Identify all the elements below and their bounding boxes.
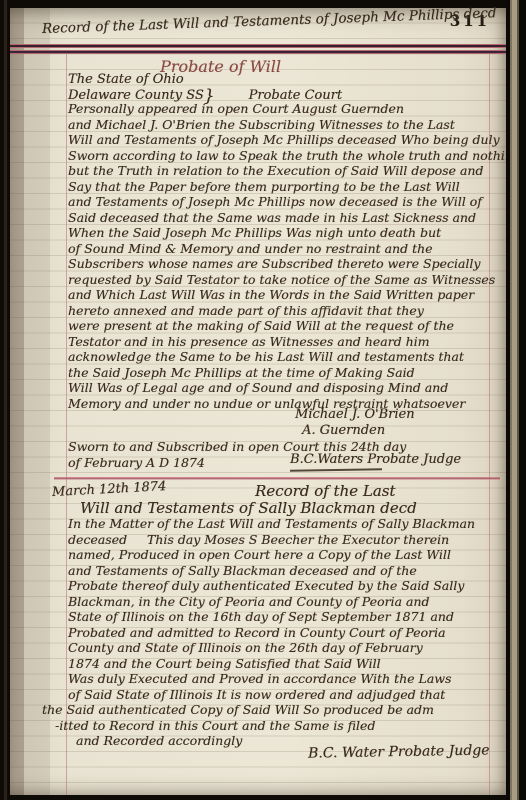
manuscript-line: In the Matter of the Last Will and Testa… [68,516,506,532]
manuscript-line: State of Illinois on the 16th day of Sep… [68,609,506,625]
manuscript-line: Will and Testaments of Joseph Mc Phillip… [68,132,502,148]
judge-signature-water: B.C. Water Probate Judge [308,742,490,761]
manuscript-line: and Which Last Will Was in the Words in … [68,287,502,303]
witness-signature-guernden: A. Guernden [302,423,385,438]
manuscript-line: Sworn according to law to Speak the trut… [68,148,502,164]
manuscript-line: Will Was of Legal age and of Sound and d… [68,380,502,396]
ledger-page: 311 Record of the Last Will and Testamen… [10,8,506,795]
manuscript-line: Said deceased that the Same was made in … [68,210,502,226]
blackman-heading-line-2: Will and Testaments of Sally Blackman de… [80,499,417,517]
manuscript-line: Subscribers whose names are Subscribed t… [68,256,502,272]
judge-signature-waters: B.C.Waters Probate Judge [290,452,461,467]
attestation-line-2: of February A D 1874 [68,455,205,470]
manuscript-line: but the Truth in relation to the Executi… [68,163,502,179]
manuscript-line: Probated and admitted to Record in Count… [68,625,506,641]
book-scan: 311 Record of the Last Will and Testamen… [0,0,526,800]
manuscript-line: Memory and under no undue or unlawful re… [68,396,502,412]
state-of-ohio-line: The State of Ohio [68,72,184,87]
manuscript-line: Probate thereof duly authenticated Execu… [68,578,506,594]
manuscript-line: named, Produced in open Court here a Cop… [68,547,506,563]
book-page-edges [506,0,526,800]
manuscript-line: and Testaments of Sally Blackman decease… [68,563,506,579]
manuscript-line: Personally appeared in open Court August… [68,101,502,117]
manuscript-line: requested by Said Testator to take notic… [68,272,502,288]
manuscript-line: When the Said Joseph Mc Phillips Was nig… [68,225,502,241]
manuscript-line: of Said State of Illinois It is now orde… [68,687,506,703]
manuscript-line: 1874 and the Court being Satisfied that … [68,656,506,672]
page-header-title: Record of the Last Will and Testaments o… [42,5,497,37]
manuscript-line: Say that the Paper before them purportin… [68,179,502,195]
manuscript-line: acknowledge the Same to be his Last Will… [68,349,502,365]
manuscript-line: and Michael J. O'Brien the Subscribing W… [68,117,502,133]
probate-body-text: Personally appeared in open Court August… [68,101,502,411]
manuscript-line: hereto annexed and made part of this aff… [68,303,502,319]
manuscript-line: and Testaments of Joseph Mc Phillips now… [68,194,502,210]
manuscript-line: the Said Joseph Mc Phillips at the time … [68,365,502,381]
manuscript-line: Blackman, in the City of Peoria and Coun… [68,594,506,610]
manuscript-line: Was duly Executed and Proved in accordan… [68,671,506,687]
manuscript-line: of Sound Mind & Memory and under no rest… [68,241,502,257]
blackman-heading-line-1: Record of the Last [255,482,395,500]
signature-flourish-underline [290,468,382,471]
manuscript-line: deceased This day Moses S Beecher the Ex… [68,532,506,548]
blackman-body-text: In the Matter of the Last Will and Testa… [68,516,506,749]
manuscript-line: -itted to Record in this Court and the S… [55,718,506,734]
manuscript-line: Testator and in his presence as Witnesse… [68,334,502,350]
manuscript-line: were present at the making of Said Will … [68,318,502,334]
manuscript-line: the Said authenticated Copy of Said Will… [42,702,506,718]
left-margin-rule [66,54,67,795]
header-double-rule [10,44,506,55]
witness-signature-obrien: Michael J. O'Brien [295,407,415,422]
section-separator-rule [54,477,500,480]
entry-date: March 12th 1874 [52,479,167,500]
manuscript-line: County and State of Illinois on the 26th… [68,640,506,656]
